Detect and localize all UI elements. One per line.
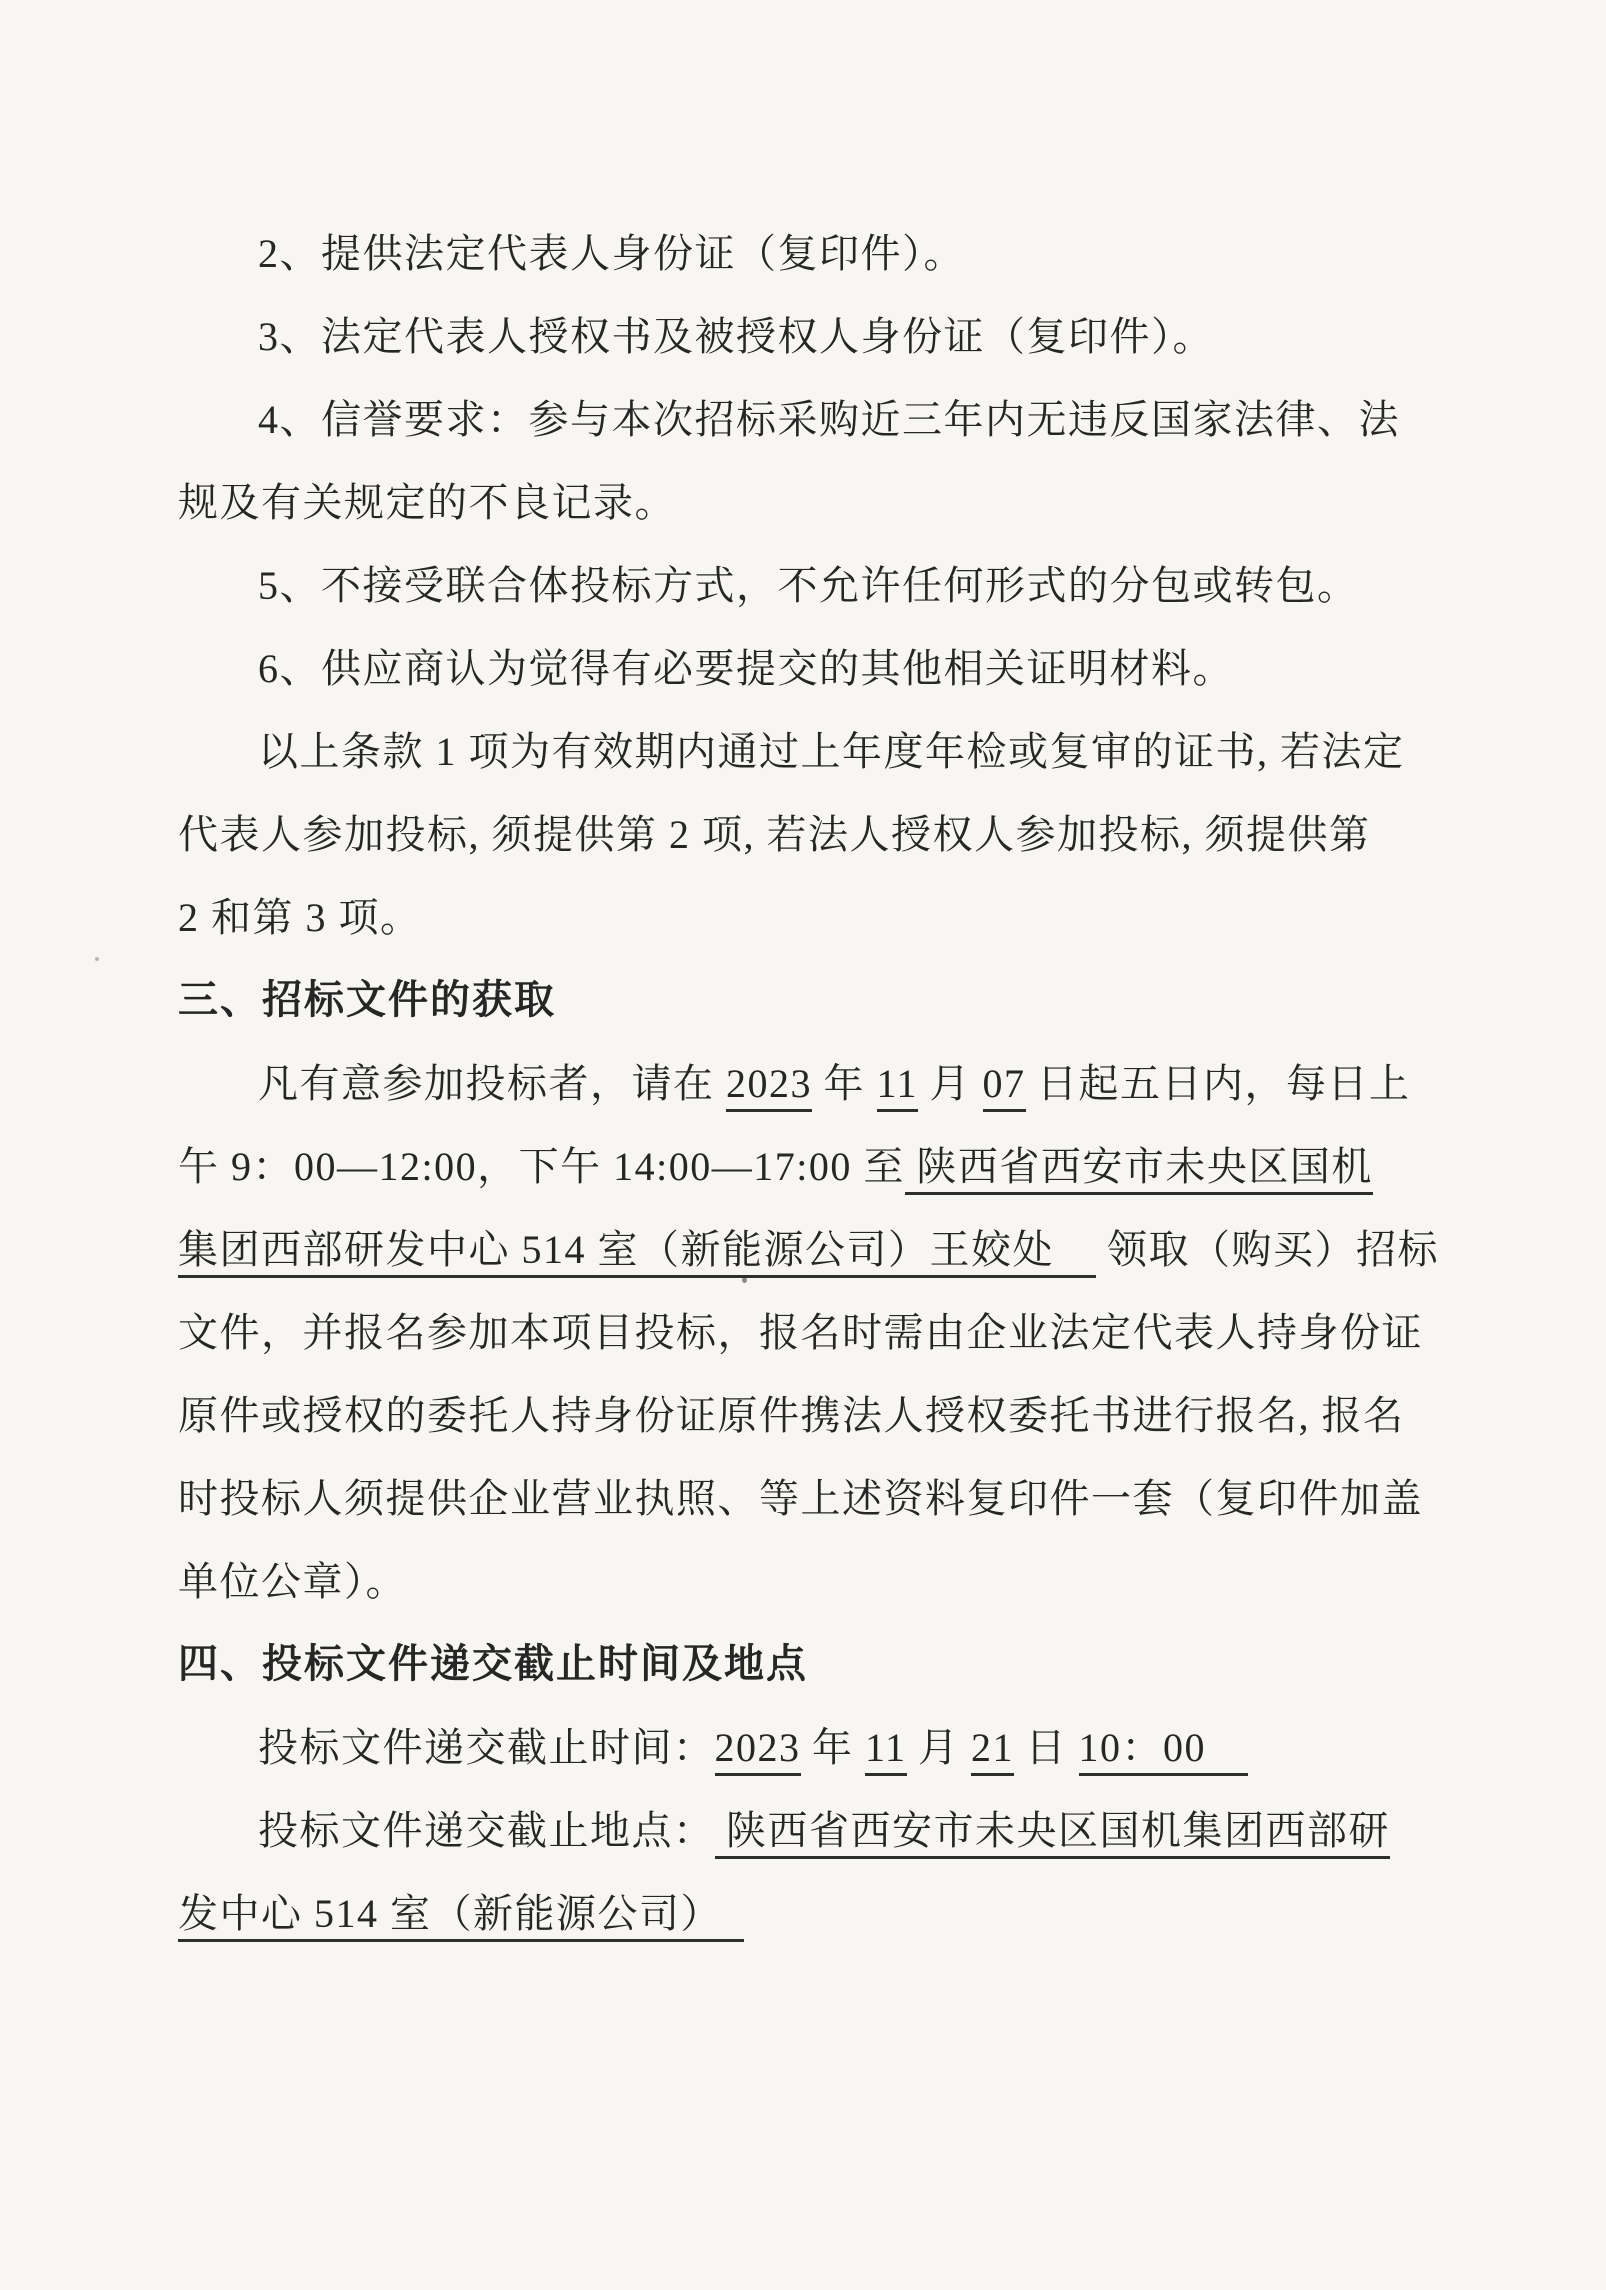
requirement-item-5: 5、不接受联合体投标方式，不允许任何形式的分包或转包。 [178,544,1436,627]
underlined-text: 11 [865,1725,907,1776]
underlined-text: 集团西部研发中心 514 室（新能源公司）王姣处 [178,1227,1096,1278]
requirement-item-4-line-1: 4、信誉要求：参与本次招标采购近三年内无违反国家法律、法 [178,378,1436,461]
clause-note-line-1: 以上条款 1 项为有效期内通过上年度年检或复审的证书, 若法定 [178,710,1436,793]
text-segment: 2 和第 3 项。 [178,895,422,940]
obtain-paragraph-line-2: 午 9：00—12:00，下午 14:00—17:00 至 陕西省西安市未央区国… [178,1125,1436,1208]
text-segment: 3、法定代表人授权书及被授权人身份证（复印件）。 [258,314,1214,359]
obtain-paragraph-line-3: 集团西部研发中心 514 室（新能源公司）王姣处 领取（购买）招标 [178,1208,1436,1291]
underlined-text: 11 [877,1061,919,1112]
text-segment: 以上条款 1 项为有效期内通过上年度年检或复审的证书, 若法定 [258,729,1405,774]
text-segment: 日起五日内，每日上 [1026,1061,1411,1106]
obtain-paragraph-line-1: 凡有意参加投标者，请在 2023 年 11 月 07 日起五日内，每日上 [178,1042,1436,1125]
text-segment: 年 [812,1061,877,1106]
text-segment: 日 [1014,1725,1079,1770]
text-segment: 四、投标文件递交截止时间及地点 [178,1642,808,1686]
document-content: 2、提供法定代表人身份证（复印件）。3、法定代表人授权书及被授权人身份证（复印件… [178,212,1436,1955]
text-segment: 领取（购买）招标 [1096,1227,1440,1272]
obtain-paragraph-line-4: 文件，并报名参加本项目投标，报名时需由企业法定代表人持身份证 [178,1291,1436,1374]
text-segment: 年 [801,1725,866,1770]
underlined-text: 21 [971,1725,1014,1776]
clause-note-line-2: 代表人参加投标, 须提供第 2 项, 若法人授权人参加投标, 须提供第 [178,793,1436,876]
text-segment: 5、不接受联合体投标方式，不允许任何形式的分包或转包。 [258,563,1359,608]
scan-speck [95,957,99,961]
obtain-paragraph-line-7: 单位公章）。 [178,1540,1436,1623]
text-segment: 单位公章）。 [178,1559,407,1604]
obtain-paragraph-line-6: 时投标人须提供企业营业执照、等上述资料复印件一套（复印件加盖 [178,1457,1436,1540]
text-segment: 三、招标文件的获取 [178,978,556,1022]
deadline-time-line: 投标文件递交截止时间：2023 年 11 月 21 日 10：00 [178,1706,1436,1789]
text-segment: 凡有意参加投标者，请在 [258,1061,726,1106]
underlined-text: 07 [983,1061,1026,1112]
underlined-text: 10：00 [1079,1725,1248,1776]
underlined-text: 2023 [726,1061,812,1112]
requirement-item-6: 6、供应商认为觉得有必要提交的其他相关证明材料。 [178,627,1436,710]
text-segment: 投标文件递交截止时间： [258,1725,715,1770]
section-heading-3: 三、招标文件的获取 [178,959,1436,1042]
underlined-text: 2023 [715,1725,801,1776]
clause-note-line-3: 2 和第 3 项。 [178,876,1436,959]
text-segment: 代表人参加投标, 须提供第 2 项, 若法人授权人参加投标, 须提供第 [178,812,1371,857]
text-segment: 6、供应商认为觉得有必要提交的其他相关证明材料。 [258,646,1234,691]
underlined-text: 发中心 514 室（新能源公司） [178,1891,744,1942]
document-page: 2、提供法定代表人身份证（复印件）。3、法定代表人授权书及被授权人身份证（复印件… [0,0,1606,2290]
underlined-text: 陕西省西安市未央区国机集团西部研 [715,1808,1391,1859]
text-segment: 投标文件递交截止地点： [258,1808,715,1853]
section-heading-4: 四、投标文件递交截止时间及地点 [178,1623,1436,1706]
underlined-text: 陕西省西安市未央区国机 [905,1144,1373,1195]
obtain-paragraph-line-5: 原件或授权的委托人持身份证原件携法人授权委托书进行报名, 报名 [178,1374,1436,1457]
text-segment: 规及有关规定的不良记录。 [178,480,676,525]
text-segment: 午 9：00—12:00，下午 14:00—17:00 至 [178,1144,905,1189]
text-segment: 原件或授权的委托人持身份证原件携法人授权委托书进行报名, 报名 [178,1393,1405,1438]
text-segment: 文件，并报名参加本项目投标，报名时需由企业法定代表人持身份证 [178,1310,1423,1355]
text-segment: 2、提供法定代表人身份证（复印件）。 [258,231,965,276]
text-segment: 月 [907,1725,972,1770]
text-segment: 4、信誉要求：参与本次招标采购近三年内无违反国家法律、法 [258,397,1400,442]
requirement-item-2: 2、提供法定代表人身份证（复印件）。 [178,212,1436,295]
text-segment: 月 [918,1061,983,1106]
text-segment: 时投标人须提供企业营业执照、等上述资料复印件一套（复印件加盖 [178,1476,1423,1521]
deadline-place-line-2: 发中心 514 室（新能源公司） [178,1872,1436,1955]
requirement-item-4-line-2: 规及有关规定的不良记录。 [178,461,1436,544]
deadline-place-line-1: 投标文件递交截止地点： 陕西省西安市未央区国机集团西部研 [178,1789,1436,1872]
requirement-item-3: 3、法定代表人授权书及被授权人身份证（复印件）。 [178,295,1436,378]
